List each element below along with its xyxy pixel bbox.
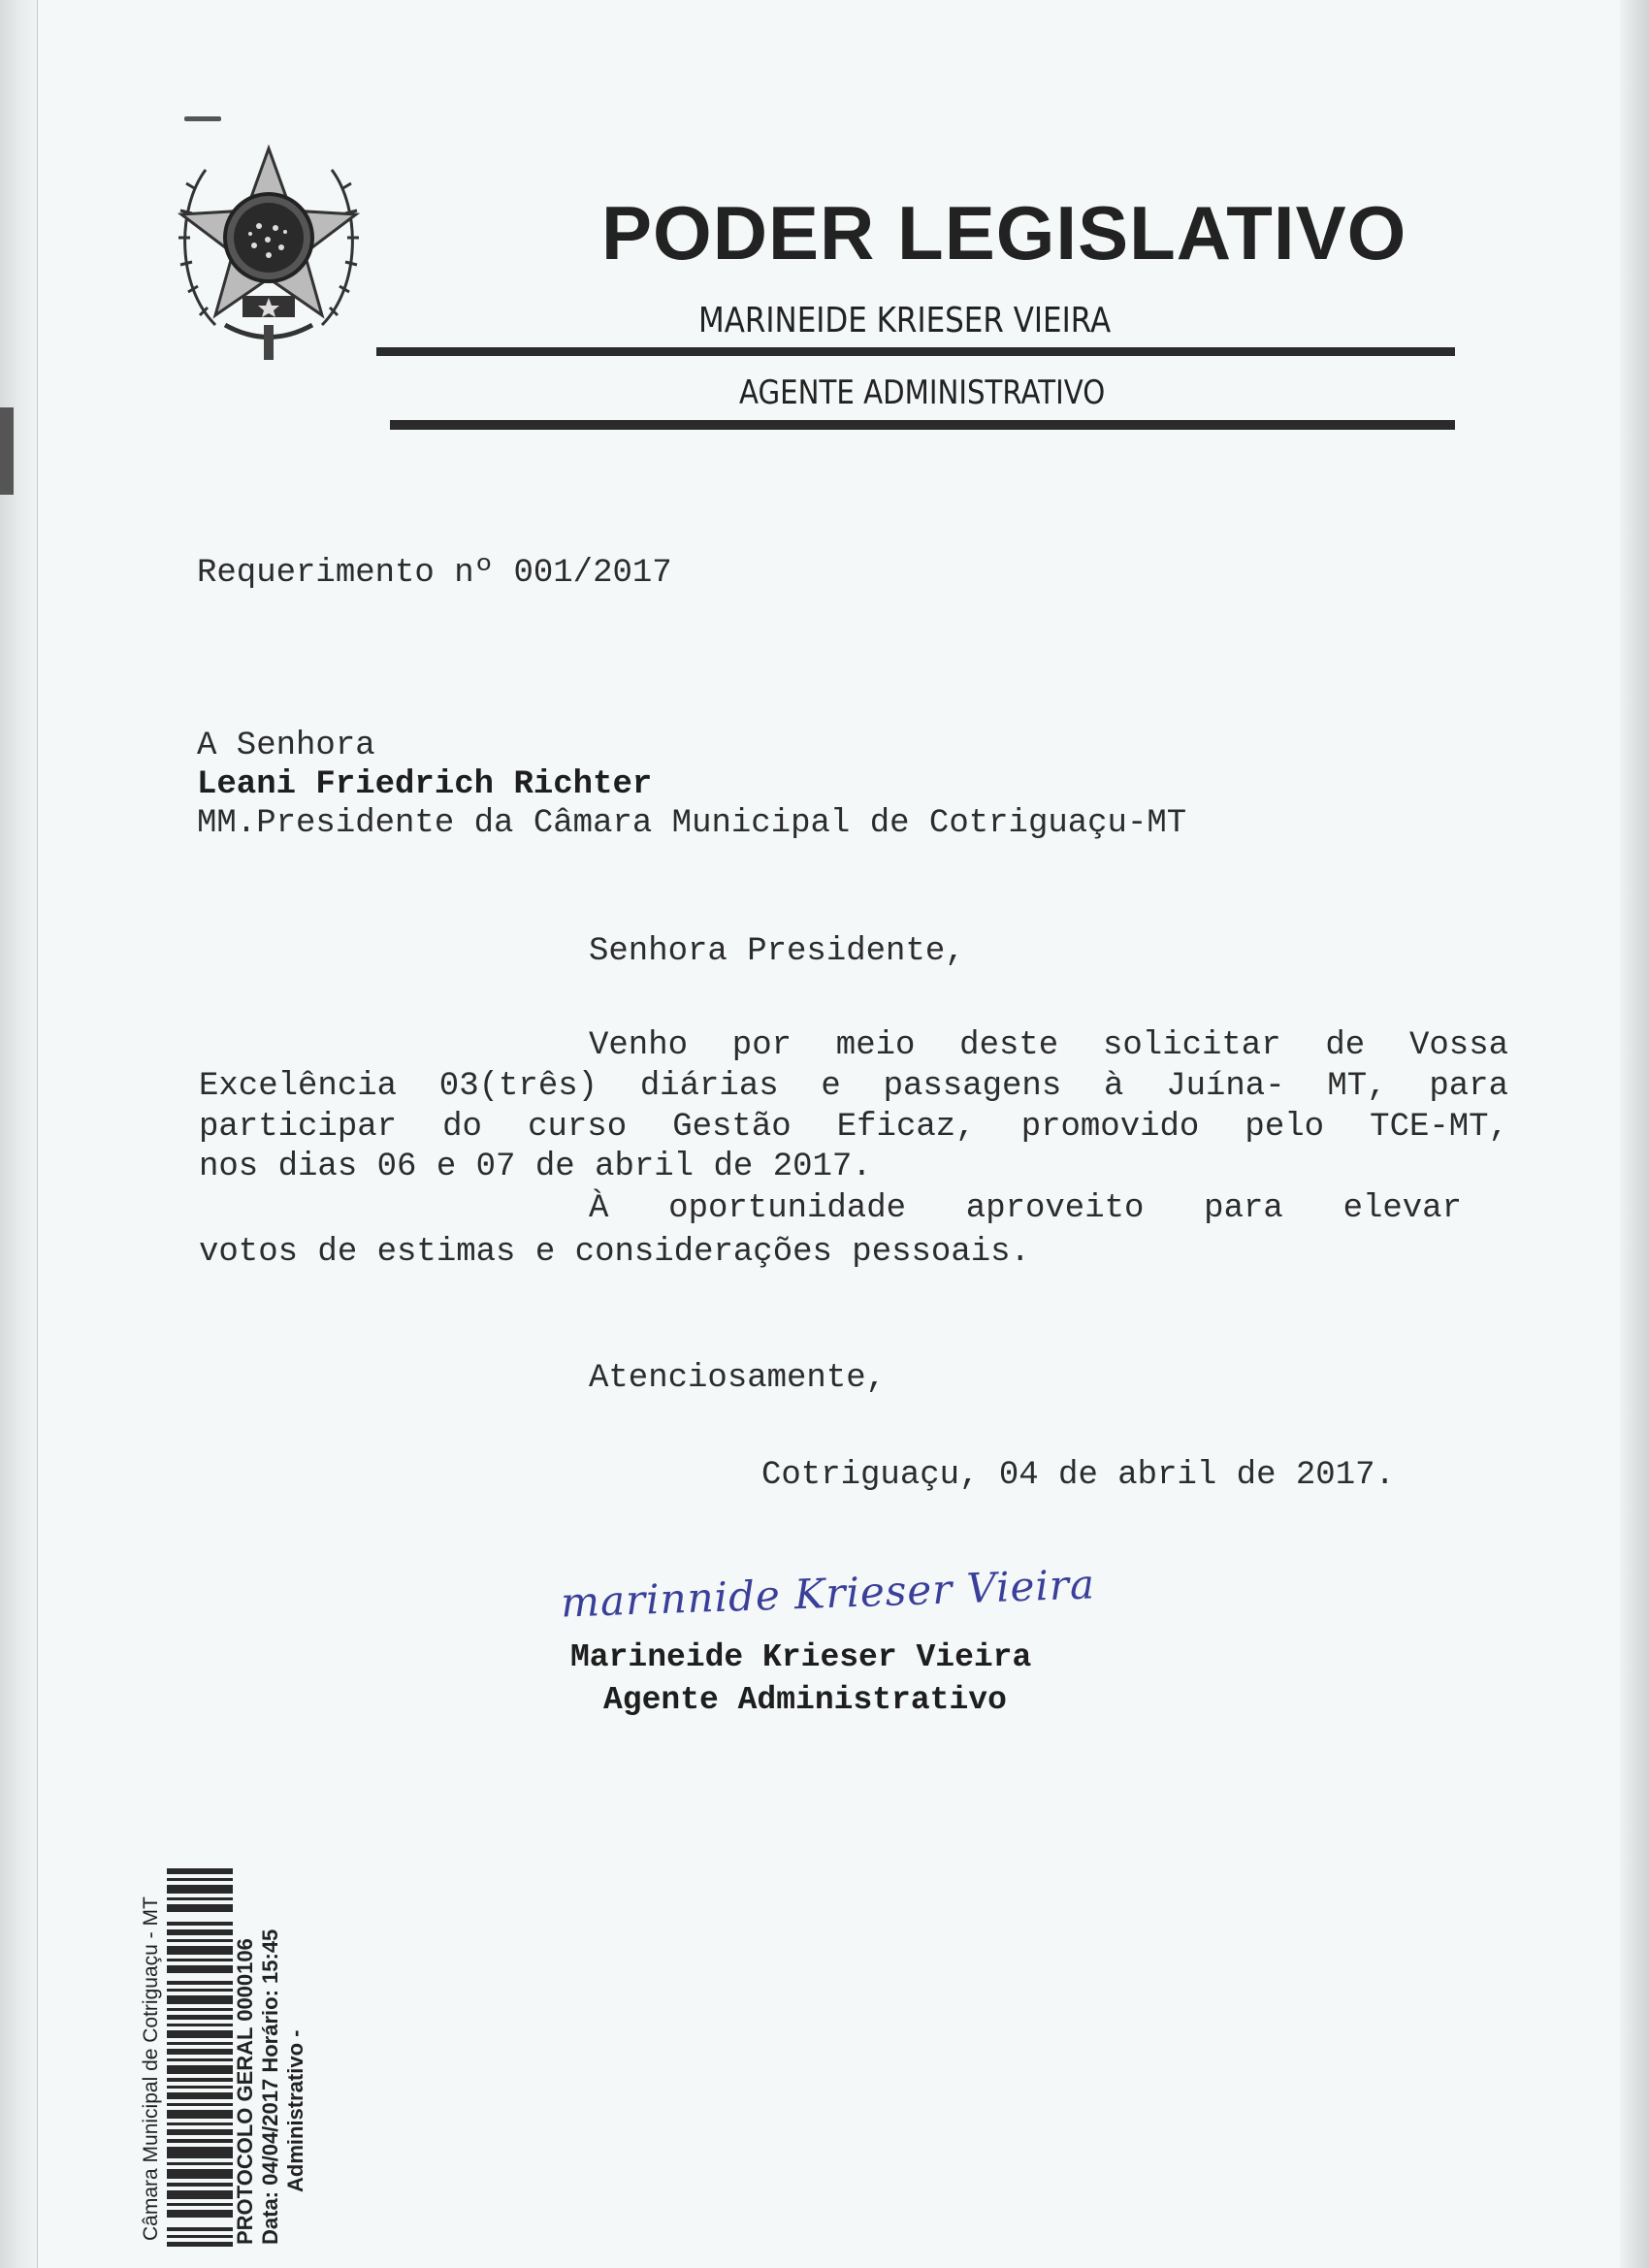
scan-right-edge [1620, 0, 1649, 2268]
closing: Atenciosamente, [589, 1360, 886, 1397]
stamp-department: Administrativo - [283, 2030, 308, 2192]
barcode-icon [167, 1868, 233, 2247]
stamp-protocol-number: PROTOCOLO GERAL 0000106 [233, 1938, 258, 2245]
letterhead-divider [390, 420, 1455, 430]
scan-shadow [0, 407, 14, 495]
recipient-salutation: A Senhora [197, 728, 375, 764]
recipient-title: MM.Presidente da Câmara Municipal de Cot… [197, 805, 1186, 842]
body-line: Excelência 03(três) diárias e passagens … [199, 1067, 1508, 1106]
body-line: participar do curso Gestão Eficaz, promo… [199, 1108, 1508, 1147]
show-through-text [145, 359, 158, 412]
place-date: Cotriguaçu, 04 de abril de 2017. [761, 1457, 1395, 1494]
letterhead-title: PODER LEGISLATIVO [601, 189, 1455, 277]
body-line: À oportunidade aproveito para elevar [589, 1189, 1462, 1228]
greeting: Senhora Presidente, [589, 933, 965, 970]
stamp-institution: Câmara Municipal de Cotriguaçu - MT [140, 1896, 163, 2241]
protocol-stamp: Câmara Municipal de Cotriguaçu - MT PROT… [136, 1843, 330, 2251]
seal-top-mark [184, 116, 221, 121]
stamp-datetime: Data: 04/04/2017 Horário: 15:45 [258, 1929, 283, 2245]
body-line: votos de estimas e considerações pessoai… [199, 1234, 1030, 1271]
brazil-coat-of-arms-icon [167, 131, 371, 364]
letterhead-divider [376, 347, 1455, 356]
body-line: Venho por meio deste solicitar de Vossa [589, 1026, 1508, 1065]
scan-left-edge [0, 0, 38, 2268]
signer-role: Agente Administrativo [603, 1682, 1007, 1718]
signer-name: Marineide Krieser Vieira [570, 1639, 1031, 1675]
document-reference: Requerimento nº 001/2017 [197, 555, 672, 592]
handwritten-signature: marinnide Krieser Vieira [560, 1560, 1095, 1626]
body-line: nos dias 06 e 07 de abril de 2017. [199, 1149, 872, 1185]
letterhead-name: MARINEIDE KRIESER VIEIRA [698, 301, 1111, 340]
recipient-name: Leani Friedrich Richter [197, 766, 652, 803]
letterhead-role: AGENTE ADMINISTRATIVO [739, 373, 1105, 412]
